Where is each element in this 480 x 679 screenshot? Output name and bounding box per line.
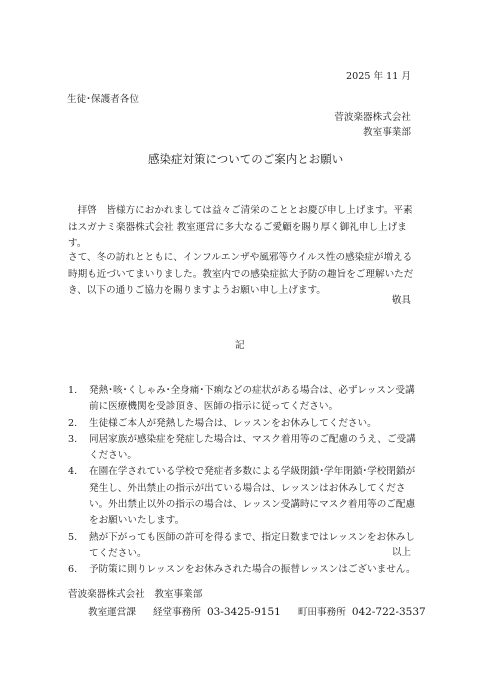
list-item-text: 同居家族が感染症を発症した場合は、マスク着用等のご配慮のうえ、ご受講ください。 (89, 434, 416, 461)
end-mark-ijo: 以上 (392, 548, 411, 558)
footer-section: 教室運営課 (88, 607, 136, 618)
footer-office1-phone: 03-3425-9151 (207, 606, 281, 618)
closing-keigu: 敬具 (392, 296, 411, 306)
list-item-number: 2. (68, 416, 77, 432)
notice-list: 1. 発熱･咳･くしゃみ･全身痛･下痢などの症状がある場合は、必ずレッスン受講前… (68, 383, 418, 579)
ki-heading: 記 (235, 341, 245, 351)
date: 2025 年 11 月 (346, 72, 411, 82)
footer-org: 菅波楽器株式会社 教室事業部 (68, 590, 202, 600)
list-item: 4. 在園在学されている学校で発症者多数による学級閉鎖･学年閉鎖･学校閉鎖が発生… (68, 464, 418, 529)
list-item: 5. 熱が下がっても医師の許可を得るまで、指定日数まではレッスンをお休みしてくだ… (68, 530, 418, 563)
footer-office2-phone: 042-722-3537 (352, 606, 426, 618)
greeting-paragraph: 拝啓 皆様方におかれましては益々ご清栄のこととお慶び申し上げます。平素はスガナミ… (68, 203, 416, 253)
list-item-text: 在園在学されている学校で発症者多数による学級閉鎖･学年閉鎖･学校閉鎖が発生し、外… (89, 466, 415, 526)
list-item: 3. 同居家族が感染症を発症した場合は、マスク着用等のご配慮のうえ、ご受講くださ… (68, 432, 418, 465)
list-item-number: 4. (68, 464, 77, 480)
sender-department: 教室事業部 (363, 128, 411, 138)
list-item-text: 発熱･咳･くしゃみ･全身痛･下痢などの症状がある場合は、必ずレッスン受講前に医療… (89, 385, 415, 412)
list-item-text: 予防策に則りレッスンをお休みされた場合の振替レッスンはございません。 (89, 564, 416, 575)
list-item: 6. 予防策に則りレッスンをお休みされた場合の振替レッスンはございません。 (68, 562, 418, 578)
footer-office1-name: 経堂事務所 (153, 607, 201, 618)
footer-office2-name: 町田事務所 (298, 607, 346, 618)
list-item-number: 1. (68, 383, 77, 399)
body-paragraph: さて、冬の訪れとともに、インフルエンザや風邪等ウイルス性の感染症が増える時期も近… (68, 250, 416, 300)
addressee: 生徒･保護者各位 (67, 95, 139, 105)
document-title: 感染症対策についてのご案内とお願い (148, 154, 343, 166)
list-item: 1. 発熱･咳･くしゃみ･全身痛･下痢などの症状がある場合は、必ずレッスン受講前… (68, 383, 418, 416)
footer-contacts: 教室運営課経堂事務所03-3425-9151町田事務所042-722-3537 (88, 607, 426, 618)
list-item-number: 6. (68, 562, 77, 578)
list-item-number: 3. (68, 432, 77, 448)
list-item-text: 生徒様ご本人が発熱した場合は、レッスンをお休みしてください。 (89, 418, 377, 429)
list-item-text: 熱が下がっても医師の許可を得るまで、指定日数まではレッスンをお休みしてください。 (89, 532, 415, 559)
sender-company: 菅波楽器株式会社 (334, 113, 411, 123)
list-item-number: 5. (68, 530, 77, 546)
list-item: 2. 生徒様ご本人が発熱した場合は、レッスンをお休みしてください。 (68, 416, 418, 432)
